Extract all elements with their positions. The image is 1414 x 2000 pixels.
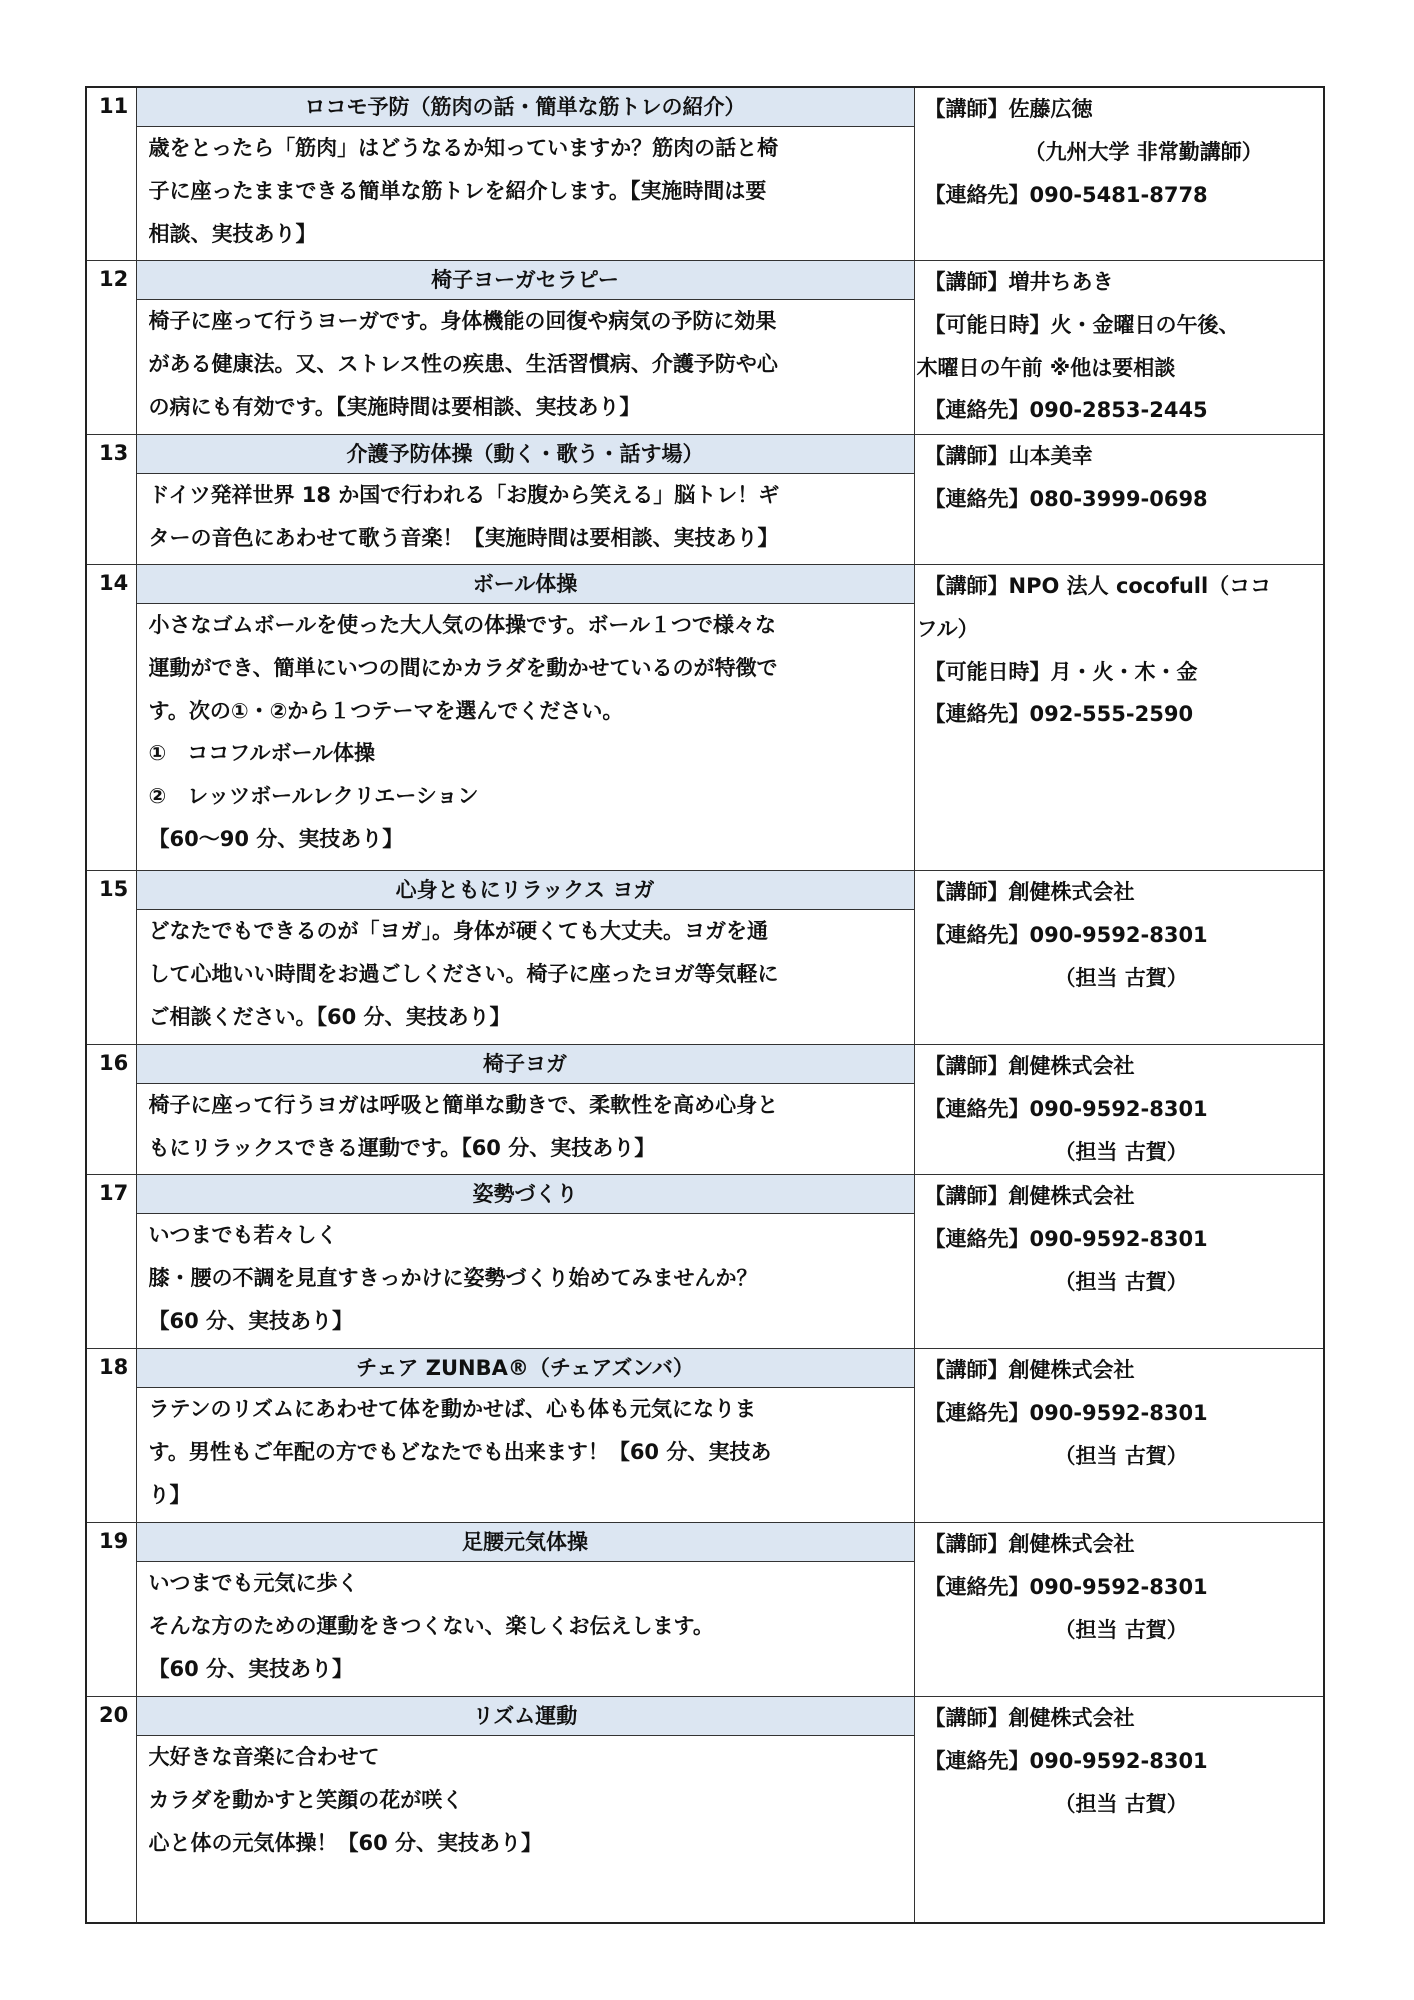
description-line: ② レッツボールレクリエーション: [149, 775, 904, 818]
program-number: 15: [86, 871, 136, 1045]
description-line: の病にも有効です。【実施時間は要相談、実技あり】: [149, 386, 904, 429]
program-number: 18: [86, 1349, 136, 1523]
description-line: 心と体の元気体操！【60 分、実技あり】: [149, 1822, 904, 1865]
description-line: どなたでもできるのが「ヨガ」。身体が硬くても大丈夫。ヨガを通: [149, 910, 904, 953]
phone-line: 【連絡先】090-9592-8301: [925, 1392, 1318, 1435]
program-contact: 【講師】創健株式会社【連絡先】090-9592-8301（担当 古賀）: [914, 1045, 1324, 1175]
program-title: 心身ともにリラックス ヨガ: [136, 871, 914, 910]
contact-line: 木曜日の午前 ※他は要相談: [917, 347, 1318, 390]
instructor-line: 【講師】創健株式会社: [925, 1349, 1318, 1392]
description-line: す。男性もご年配の方でもどなたでも出来ます！【60 分、実技あ: [149, 1431, 904, 1474]
description-line: して心地いい時間をお過ごしください。椅子に座ったヨガ等気軽に: [149, 953, 904, 996]
phone-line: 【連絡先】090-9592-8301: [925, 1740, 1318, 1783]
description-line: カラダを動かすと笑顔の花が咲く: [149, 1779, 904, 1822]
instructor-line: 【講師】山本美幸: [925, 435, 1318, 478]
program-row: 16椅子ヨガ【講師】創健株式会社【連絡先】090-9592-8301（担当 古賀…: [86, 1045, 1324, 1084]
program-number: 11: [86, 87, 136, 261]
program-contact: 【講師】NPO 法人 cocofull（ココフル）【可能日時】月・火・木・金【連…: [914, 565, 1324, 871]
description-line: 歳をとったら「筋肉」はどうなるか知っていますか？筋肉の話と椅: [149, 127, 904, 170]
phone-line: 【連絡先】090-5481-8778: [925, 174, 1318, 217]
phone-line: 【連絡先】090-9592-8301: [925, 1566, 1318, 1609]
instructor-line: 【講師】創健株式会社: [925, 1523, 1318, 1566]
description-line: 【60 分、実技あり】: [149, 1648, 904, 1691]
program-description: ドイツ発祥世界 18 か国で行われる「お腹から笑える」脳トレ！ギターの音色にあわ…: [136, 474, 914, 565]
program-row: 17姿勢づくり【講師】創健株式会社【連絡先】090-9592-8301（担当 古…: [86, 1175, 1324, 1214]
description-line: ① ココフルボール体操: [149, 732, 904, 775]
program-number: 20: [86, 1697, 136, 1924]
contact-line: フル）: [917, 608, 1318, 651]
phone-line: 【連絡先】090-9592-8301: [925, 1218, 1318, 1261]
phone-line: 【連絡先】080-3999-0698: [925, 478, 1318, 521]
contact-line: （担当 古賀）: [925, 1609, 1318, 1652]
description-line: 膝・腰の不調を見直すきっかけに姿勢づくり始めてみませんか？: [149, 1257, 904, 1300]
program-description: いつまでも若々しく膝・腰の不調を見直すきっかけに姿勢づくり始めてみませんか？【6…: [136, 1214, 914, 1349]
description-line: ご相談ください。【60 分、実技あり】: [149, 996, 904, 1039]
description-line: もにリラックスできる運動です。【60 分、実技あり】: [149, 1127, 904, 1170]
program-number: 13: [86, 435, 136, 565]
instructor-line: 【講師】創健株式会社: [925, 1175, 1318, 1218]
instructor-line: 【講師】NPO 法人 cocofull（ココ: [925, 565, 1318, 608]
program-description: 椅子に座って行うヨガは呼吸と簡単な動きで、柔軟性を高め心身ともにリラックスできる…: [136, 1084, 914, 1175]
program-description: 小さなゴムボールを使った大人気の体操です。ボール１つで様々な運動ができ、簡単にい…: [136, 604, 914, 871]
program-table: 11ロコモ予防（筋肉の話・簡単な筋トレの紹介）【講師】佐藤広徳（九州大学 非常勤…: [85, 86, 1325, 1924]
program-title: ボール体操: [136, 565, 914, 604]
program-contact: 【講師】創健株式会社【連絡先】090-9592-8301（担当 古賀）: [914, 1349, 1324, 1523]
contact-line: 【可能日時】月・火・木・金: [925, 651, 1318, 694]
program-title: チェア ZUNBA®（チェアズンバ）: [136, 1349, 914, 1388]
description-line: ラテンのリズムにあわせて体を動かせば、心も体も元気になりま: [149, 1388, 904, 1431]
program-description: 椅子に座って行うヨーガです。身体機能の回復や病気の予防に効果がある健康法。又、ス…: [136, 300, 914, 435]
description-line: 大好きな音楽に合わせて: [149, 1736, 904, 1779]
instructor-line: 【講師】佐藤広徳: [925, 88, 1318, 131]
contact-line: （担当 古賀）: [925, 957, 1318, 1000]
program-contact: 【講師】創健株式会社【連絡先】090-9592-8301（担当 古賀）: [914, 1175, 1324, 1349]
description-line: 椅子に座って行うヨーガです。身体機能の回復や病気の予防に効果: [149, 300, 904, 343]
program-title: 椅子ヨーガセラピー: [136, 261, 914, 300]
program-contact: 【講師】創健株式会社【連絡先】090-9592-8301（担当 古賀）: [914, 871, 1324, 1045]
contact-line: 【可能日時】火・金曜日の午後、: [925, 304, 1318, 347]
description-line: 小さなゴムボールを使った大人気の体操です。ボール１つで様々な: [149, 604, 904, 647]
instructor-line: 【講師】創健株式会社: [925, 1045, 1318, 1088]
program-row: 15心身ともにリラックス ヨガ【講師】創健株式会社【連絡先】090-9592-8…: [86, 871, 1324, 910]
contact-line: （九州大学 非常勤講師）: [925, 131, 1318, 174]
contact-line: （担当 古賀）: [925, 1131, 1318, 1174]
program-description: どなたでもできるのが「ヨガ」。身体が硬くても大丈夫。ヨガを通して心地いい時間をお…: [136, 910, 914, 1045]
program-number: 16: [86, 1045, 136, 1175]
program-description: ラテンのリズムにあわせて体を動かせば、心も体も元気になります。男性もご年配の方で…: [136, 1388, 914, 1523]
instructor-line: 【講師】創健株式会社: [925, 871, 1318, 914]
program-row: 11ロコモ予防（筋肉の話・簡単な筋トレの紹介）【講師】佐藤広徳（九州大学 非常勤…: [86, 87, 1324, 127]
program-row: 13介護予防体操（動く・歌う・話す場）【講師】山本美幸【連絡先】080-3999…: [86, 435, 1324, 474]
program-number: 17: [86, 1175, 136, 1349]
instructor-line: 【講師】創健株式会社: [925, 1697, 1318, 1740]
program-contact: 【講師】佐藤広徳（九州大学 非常勤講師）【連絡先】090-5481-8778: [914, 87, 1324, 261]
description-line: 子に座ったままできる簡単な筋トレを紹介します。【実施時間は要: [149, 170, 904, 213]
program-row: 19足腰元気体操【講師】創健株式会社【連絡先】090-9592-8301（担当 …: [86, 1523, 1324, 1562]
program-title: リズム運動: [136, 1697, 914, 1736]
program-contact: 【講師】創健株式会社【連絡先】090-9592-8301（担当 古賀）: [914, 1523, 1324, 1697]
description-line: 【60 分、実技あり】: [149, 1300, 904, 1343]
description-line: 運動ができ、簡単にいつの間にかカラダを動かせているのが特徴で: [149, 647, 904, 690]
program-title: 姿勢づくり: [136, 1175, 914, 1214]
description-line: 椅子に座って行うヨガは呼吸と簡単な動きで、柔軟性を高め心身と: [149, 1084, 904, 1127]
description-line: ドイツ発祥世界 18 か国で行われる「お腹から笑える」脳トレ！ギ: [149, 474, 904, 517]
description-line: ターの音色にあわせて歌う音楽！【実施時間は要相談、実技あり】: [149, 517, 904, 560]
phone-line: 【連絡先】090-9592-8301: [925, 914, 1318, 957]
program-title: ロコモ予防（筋肉の話・簡単な筋トレの紹介）: [136, 87, 914, 127]
program-description: 大好きな音楽に合わせてカラダを動かすと笑顔の花が咲く心と体の元気体操！【60 分…: [136, 1736, 914, 1924]
program-number: 12: [86, 261, 136, 435]
program-contact: 【講師】創健株式会社【連絡先】090-9592-8301（担当 古賀）: [914, 1697, 1324, 1924]
program-title: 介護予防体操（動く・歌う・話す場）: [136, 435, 914, 474]
phone-line: 【連絡先】090-9592-8301: [925, 1088, 1318, 1131]
program-contact: 【講師】山本美幸【連絡先】080-3999-0698: [914, 435, 1324, 565]
program-number: 19: [86, 1523, 136, 1697]
description-line: がある健康法。又、ストレス性の疾患、生活習慣病、介護予防や心: [149, 343, 904, 386]
program-number: 14: [86, 565, 136, 871]
program-contact: 【講師】増井ちあき【可能日時】火・金曜日の午後、木曜日の午前 ※他は要相談【連絡…: [914, 261, 1324, 435]
program-row: 14ボール体操【講師】NPO 法人 cocofull（ココフル）【可能日時】月・…: [86, 565, 1324, 604]
instructor-line: 【講師】増井ちあき: [925, 261, 1318, 304]
contact-line: （担当 古賀）: [925, 1261, 1318, 1304]
description-line: そんな方のための運動をきつくない、楽しくお伝えします。: [149, 1605, 904, 1648]
program-row: 18チェア ZUNBA®（チェアズンバ）【講師】創健株式会社【連絡先】090-9…: [86, 1349, 1324, 1388]
phone-line: 【連絡先】092-555-2590: [925, 693, 1318, 736]
description-line: 【60～90 分、実技あり】: [149, 818, 904, 861]
description-line: いつまでも元気に歩く: [149, 1562, 904, 1605]
contact-line: （担当 古賀）: [925, 1435, 1318, 1478]
phone-line: 【連絡先】090-2853-2445: [925, 389, 1318, 432]
description-line: 相談、実技あり】: [149, 213, 904, 256]
program-row: 20リズム運動【講師】創健株式会社【連絡先】090-9592-8301（担当 古…: [86, 1697, 1324, 1736]
description-line: す。次の①・②から１つテーマを選んでください。: [149, 690, 904, 733]
program-title: 足腰元気体操: [136, 1523, 914, 1562]
description-line: り】: [149, 1474, 904, 1517]
contact-line: （担当 古賀）: [925, 1783, 1318, 1826]
program-table-body: 11ロコモ予防（筋肉の話・簡単な筋トレの紹介）【講師】佐藤広徳（九州大学 非常勤…: [86, 87, 1324, 1923]
description-line: いつまでも若々しく: [149, 1214, 904, 1257]
program-description: 歳をとったら「筋肉」はどうなるか知っていますか？筋肉の話と椅子に座ったままできる…: [136, 127, 914, 261]
program-description: いつまでも元気に歩くそんな方のための運動をきつくない、楽しくお伝えします。【60…: [136, 1562, 914, 1697]
program-row: 12椅子ヨーガセラピー【講師】増井ちあき【可能日時】火・金曜日の午後、木曜日の午…: [86, 261, 1324, 300]
program-title: 椅子ヨガ: [136, 1045, 914, 1084]
